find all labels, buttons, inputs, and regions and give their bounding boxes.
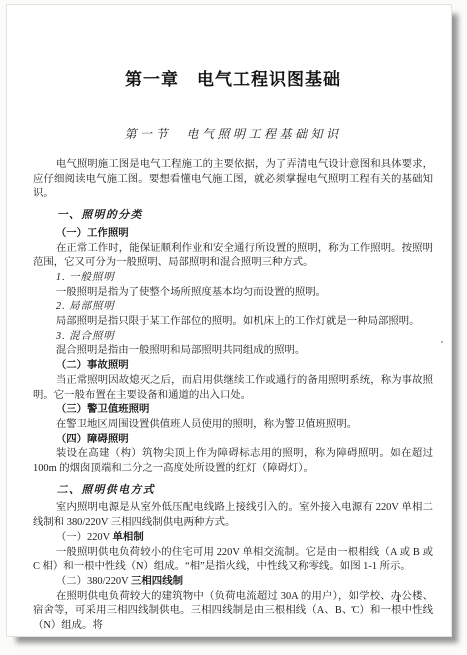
paragraph: 电气照明施工图是电气工程施工的主要依据，为了弄清电气设计意图和具体要求，应仔细阅… — [33, 158, 433, 202]
subsection-heading-prefix: （一）220V — [56, 532, 113, 543]
subsection-heading-prefix: （二）380/220V — [56, 576, 131, 587]
page-sheet: 第一章 电气工程识图基础 第一节 电气照明工程基础知识 电气照明施工图是电气工程… — [6, 4, 452, 637]
chapter-heading: 第一章 电气工程识图基础 — [33, 69, 433, 91]
subsection-heading: （一）220V 单相制 — [33, 531, 433, 546]
paragraph: 装设在高建（构）筑物尖顶上作为障碍标志用的照明，称为障碍照明。如在超过 100m… — [33, 447, 433, 476]
paragraph: 室内照明电源是从室外低压配电线路上接线引入的。室外接入电源有 220V 单相二线… — [33, 501, 433, 530]
category-heading: 二、照明供电方式 — [33, 483, 433, 498]
paragraph: 一般照明是指为了使整个场所照度基本均匀而设置的照明。 — [33, 286, 433, 301]
paragraph: 局部照明是指只限于某工作部位的照明。如机床上的工作灯就是一种局部照明。 — [33, 315, 433, 330]
subsection-heading: （二）事故照明 — [33, 359, 433, 374]
numbered-item: 2. 局部照明 — [33, 300, 433, 315]
paragraph: 在照明供电负荷较大的建筑物中（负荷电流超过 30A 的用户），如学校、办公楼、宿… — [33, 590, 433, 634]
paragraph: 一般照明供电负荷较小的住宅可用 220V 单相交流制。它是由一根相线（A 或 B… — [33, 546, 433, 575]
subsection-heading-bold: 三相四线制 — [131, 576, 183, 587]
subsection-heading: （四）障碍照明 — [33, 433, 433, 448]
category-heading: 一、照明的分类 — [33, 208, 433, 223]
paragraph: 当正常照明因故熄灭之后，而启用供继续工作或通行的备用照明系统，称为事故照明。它一… — [33, 374, 433, 403]
paragraph: 在正常工作时，能保证顺利作业和安全通行所设置的照明，称为工作照明。按照明范围，它… — [33, 242, 433, 271]
numbered-item: 1. 一般照明 — [33, 271, 433, 286]
subsection-heading: （一）工作照明 — [33, 227, 433, 242]
paragraph: 在警卫地区周围设置供值班人员使用的照明，称为警卫值班照明。 — [33, 418, 433, 433]
subsection-heading: （二）380/220V 三相四线制 — [33, 575, 433, 590]
scan-artifact-dot — [441, 341, 443, 343]
page-number: 1 — [396, 593, 402, 605]
paragraph: 混合照明是指由一般照明和局部照明共同组成的照明。 — [33, 344, 433, 359]
subsection-heading: （三）警卫值班照明 — [33, 403, 433, 418]
scan-artifact-dot — [351, 606, 354, 608]
subsection-heading-bold: 单相制 — [113, 532, 144, 543]
section-heading: 第一节 电气照明工程基础知识 — [33, 126, 433, 143]
numbered-item: 3. 混合照明 — [33, 330, 433, 345]
page-content: 第一章 电气工程识图基础 第一节 电气照明工程基础知识 电气照明施工图是电气工程… — [33, 5, 433, 634]
